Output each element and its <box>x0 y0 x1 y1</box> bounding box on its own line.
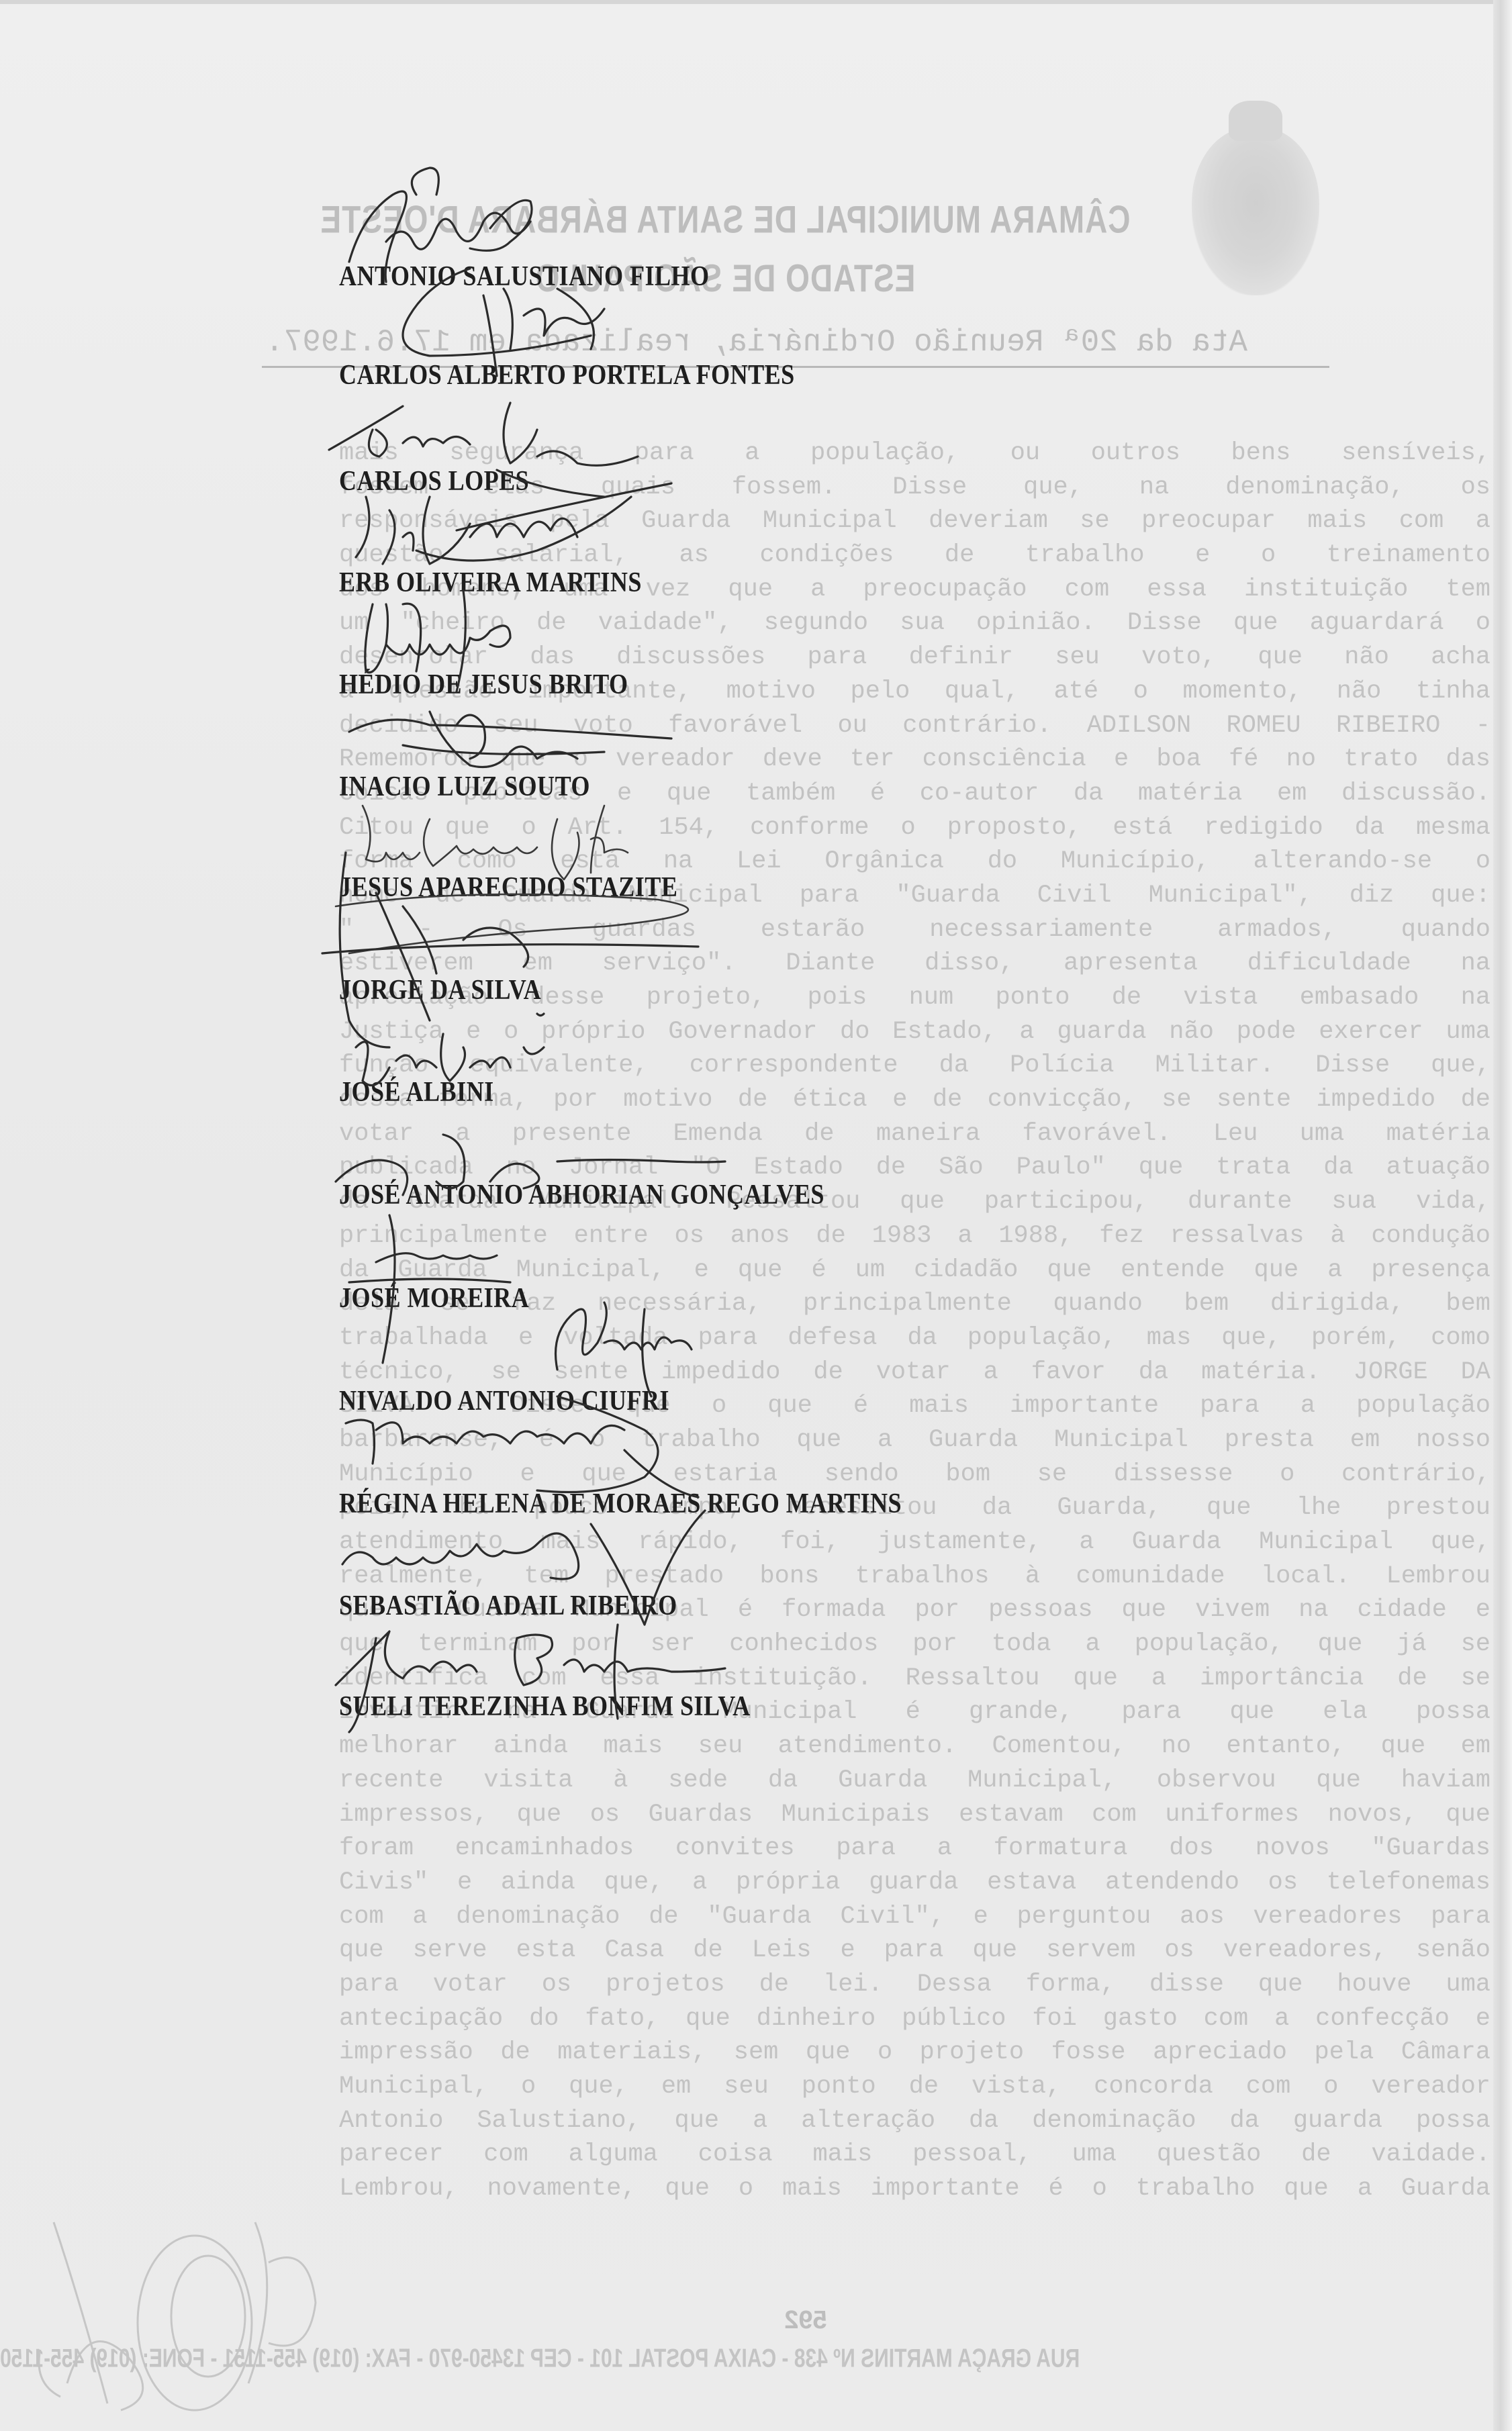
bleed-body-text: mais segurança para a população, ou outr… <box>339 436 1491 2206</box>
signatory-name: HÉDIO DE JESUS BRITO <box>339 670 628 700</box>
bleed-body-line: trabalhada e voltada para defesa da popu… <box>339 1321 1491 1355</box>
bleed-body-line: recente visita à sede da Guarda Municipa… <box>339 1764 1491 1798</box>
bleed-body-line: impressão de materiais, sem que o projet… <box>339 2036 1491 2070</box>
bleed-body-line: decidido seu voto favorável ou contrário… <box>339 709 1491 743</box>
signatory-name: NIVALDO ANTONIO CIUFRI <box>339 1386 669 1416</box>
bleed-body-line: " - Os guardas estarão necessariamente a… <box>339 913 1491 947</box>
bleed-body-line: que serve esta Casa de Leis e para que s… <box>339 1934 1491 1968</box>
signatory-name: JOSÉ ALBINI <box>339 1078 494 1107</box>
signatory-name: JOSÉ MOREIRA <box>339 1284 529 1313</box>
bleed-body-line: parecer com alguma coisa mais pessoal, u… <box>339 2138 1491 2172</box>
bleed-body-line: realmente, tem prestado bons trabalhos à… <box>339 1560 1491 1594</box>
bleed-body-line: Civis" e ainda que, a própria guarda est… <box>339 1866 1491 1900</box>
signatory-name: ERB OLIVEIRA MARTINS <box>339 568 642 598</box>
bleed-body-line: Lembrou, novamente, que o mais important… <box>339 2172 1491 2206</box>
bleed-body-line: um "cheiro de vaidade", segundo sua opin… <box>339 606 1491 640</box>
bleed-body-line: melhorar ainda mais seu atendimento. Com… <box>339 1729 1491 1764</box>
bleed-body-line: impressos, que os Guardas Municipais est… <box>339 1798 1491 1832</box>
bleed-body-line: Antonio Salustiano, que a alteração da d… <box>339 2104 1491 2138</box>
signatory-name: RÉGINA HELENA DE MORAES REGO MARTINS <box>339 1489 902 1519</box>
signatory-name: CARLOS ALBERTO PORTELA FONTES <box>339 361 795 390</box>
coat-of-arms-icon <box>1192 128 1319 295</box>
bleed-body-line: Justiça e o próprio Governador do Estado… <box>339 1015 1491 1049</box>
bleed-body-line: Citou que o Art. 154, conforme o propost… <box>339 811 1491 845</box>
bleed-footer-address: RUA GRAÇA MARTINS Nº 438 - CAIXA POSTAL … <box>0 2344 1497 2374</box>
bleed-body-line: com a denominação de "Guarda Civil", e p… <box>339 1900 1491 1934</box>
scan-top-edge <box>0 0 1512 4</box>
bleed-body-line: Município e que estaria sendo bom se dis… <box>339 1458 1491 1492</box>
signatory-name: SUELI TEREZINHA BONFIM SILVA <box>339 1692 751 1721</box>
signatory-name: SEBASTIÃO ADAIL RIBEIRO <box>339 1591 677 1621</box>
bleed-body-line: técnico, se sente impedido de votar a fa… <box>339 1355 1491 1390</box>
signatory-name: JOSÉ ANTONIO ABHORIAN GONÇALVES <box>339 1180 824 1210</box>
bleed-body-line: barbarense, é o trabalho que a Guarda Mu… <box>339 1423 1491 1458</box>
signatory-name: INACIO LUIZ SOUTO <box>339 772 590 802</box>
signatory-name: JESUS APARECIDO STAZITE <box>339 873 677 902</box>
bleed-body-line: votar a presente Emenda de maneira favor… <box>339 1117 1491 1151</box>
bleed-body-line: para votar os projetos de lei. Dessa for… <box>339 1968 1491 2002</box>
signatory-name: ANTONIO SALUSTIANO FILHO <box>339 262 710 291</box>
bleed-body-line: atendimento mais rápido, foi, justamente… <box>339 1525 1491 1560</box>
signatory-name: CARLOS LOPES <box>339 467 529 496</box>
bleed-body-line: identifica com essa instituição. Ressalt… <box>339 1662 1491 1696</box>
bleed-body-line: Municipal, o que, em seu ponto de vista,… <box>339 2070 1491 2104</box>
bleed-body-line: da Guarda Municipal, e que é um cidadão … <box>339 1253 1491 1288</box>
scan-right-edge <box>1493 0 1512 2431</box>
bleed-body-line: principalmente entre os anos de 1983 a 1… <box>339 1219 1491 1253</box>
signatory-name: JORGE DA SILVA <box>339 975 541 1005</box>
bleed-body-line: dessa forma, por motivo de ética e de co… <box>339 1083 1491 1117</box>
bleed-body-line: que terminam por ser conhecidos por toda… <box>339 1627 1491 1662</box>
bleed-body-line: antecipação do fato, que dinheiro públic… <box>339 2002 1491 2036</box>
bleed-minutes-title: Ata da 20ª Reunião Ordinária, realizada … <box>265 324 1313 361</box>
bleed-body-line: responsáveis pela Guarda Municipal dever… <box>339 504 1491 538</box>
bleed-body-line: foram encaminhados convites para a forma… <box>339 1831 1491 1866</box>
bleed-body-line: função equivalente, correspondente da Po… <box>339 1049 1491 1083</box>
document-page: CÂMARA MUNICIPAL DE SANTA BÁRBARA D'OEST… <box>0 0 1512 2431</box>
bleed-page-number: 592 <box>765 2306 846 2335</box>
bleed-letterhead-line-1: CÂMARA MUNICIPAL DE SANTA BÁRBARA D'OEST… <box>289 190 1162 249</box>
bleed-signature-stamp <box>27 2182 497 2424</box>
